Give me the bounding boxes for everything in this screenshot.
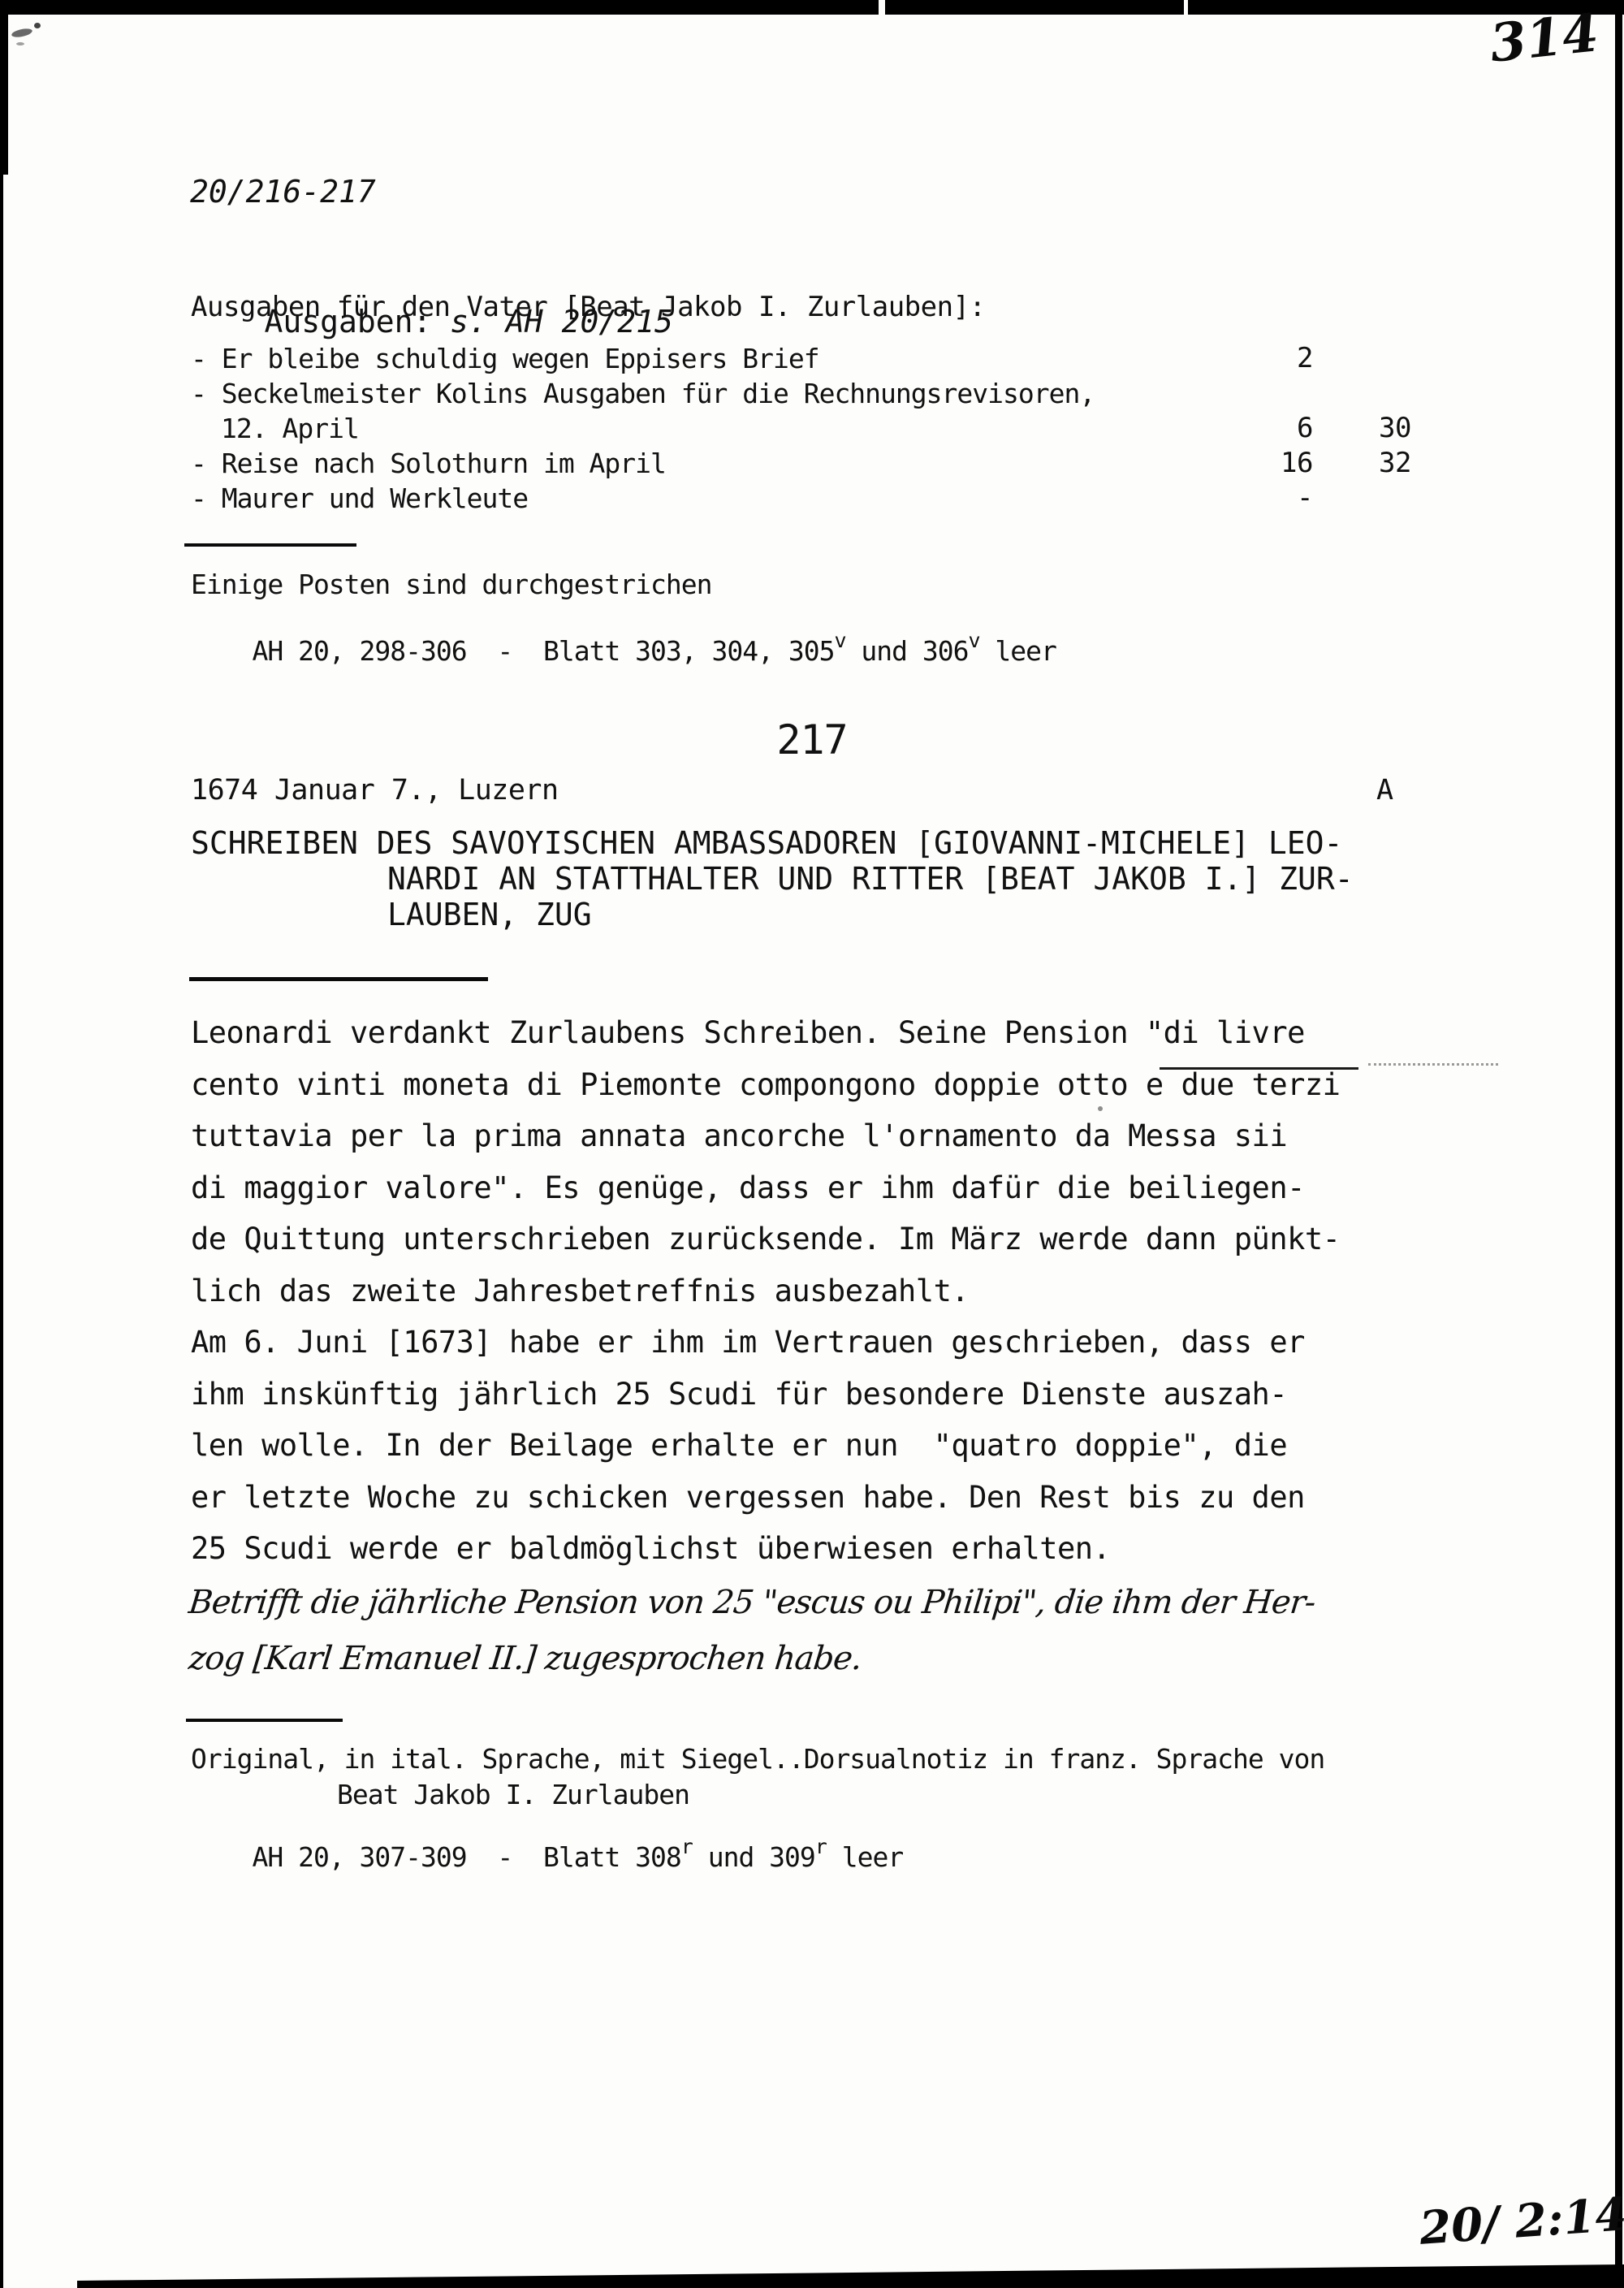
source-note-line: Beat Jakob I. Zurlauben	[337, 1779, 689, 1810]
archive-ref-text: AH 20, 298-306 - Blatt 303, 304, 305	[252, 635, 834, 667]
scanned-document-page: 314 20/216-217 Ausgaben: s. AH 20/215 Au…	[0, 0, 1624, 2288]
scan-smudge	[34, 23, 41, 28]
expense-amount-col1: 6	[1240, 412, 1313, 444]
scan-edge-bottom	[0, 2263, 1624, 2288]
expense-amount-col2: 30	[1338, 412, 1411, 444]
separator-rule	[189, 977, 488, 981]
entry-number: 217	[731, 716, 893, 763]
handwritten-folio-number: 314	[1487, 2, 1601, 75]
regest-summary-line: Betrifft die jährliche Pension von 25 "e…	[187, 1584, 1317, 1621]
scan-smudge	[11, 27, 32, 38]
archive-ref-text: und 306	[846, 635, 969, 667]
handwritten-shelfmark: 20/ 2:14	[1418, 2187, 1624, 2256]
archive-ref-text: und 309	[693, 1841, 815, 1873]
superscript-r: r	[681, 1835, 693, 1858]
entry-title-line: NARDI AN STATTHALTER UND RITTER [BEAT JA…	[387, 861, 1354, 897]
separator-rule	[186, 1719, 343, 1722]
expense-row-text: - Reise nach Solothurn im April	[191, 448, 666, 479]
superscript-v: v	[834, 629, 845, 652]
expense-amount-col2: 32	[1338, 447, 1411, 479]
superscript-v: v	[968, 629, 979, 652]
separator-rule	[184, 543, 356, 547]
archive-reference-216: AH 20, 298-306 - Blatt 303, 304, 305v un…	[191, 603, 1056, 699]
expense-row-text: 12. April	[221, 413, 359, 444]
scan-stray-dotted-line	[1368, 1063, 1498, 1066]
entry-date-line: 1674 Januar 7., Luzern	[191, 774, 559, 807]
entry-siglum: A	[1376, 774, 1393, 807]
archive-ref-text: leer	[980, 635, 1056, 667]
expense-amount-col1: 2	[1240, 342, 1313, 374]
note-durchgestrichen: Einige Posten sind durchgestrichen	[191, 569, 712, 600]
scan-edge-right	[1615, 0, 1622, 2288]
vater-heading-line: Ausgaben für den Vater [Beat Jakob I. Zu…	[191, 291, 986, 323]
scan-edge-top	[0, 0, 1624, 15]
entry-title-line: SCHREIBEN DES SAVOYISCHEN AMBASSADOREN […	[191, 825, 1342, 861]
archive-ref-text: AH 20, 307-309 - Blatt 308	[252, 1841, 680, 1873]
source-note-line: Original, in ital. Sprache, mit Siegel..…	[191, 1743, 1324, 1775]
scan-smudge	[1098, 1106, 1103, 1111]
superscript-r: r	[815, 1835, 827, 1858]
expense-row-text: - Er bleibe schuldig wegen Eppisers Brie…	[191, 343, 819, 374]
expense-amount-col1: 16	[1240, 447, 1313, 479]
entry-body-text: Leonardi verdankt Zurlaubens Schreiben. …	[191, 1007, 1409, 1575]
scan-edge-left-thin	[0, 175, 3, 2288]
archive-reference-217: AH 20, 307-309 - Blatt 308r und 309r lee…	[191, 1810, 903, 1905]
scan-edge-top-gap	[1184, 0, 1188, 15]
regest-summary-line: zog [Karl Emanuel II.] zugesprochen habe…	[187, 1640, 863, 1677]
expense-row-text: - Maurer und Werkleute	[191, 482, 528, 514]
scan-edge-left-thick	[0, 0, 8, 175]
scan-stray-line	[1160, 1067, 1358, 1070]
page-reference: 20/216-217	[190, 174, 376, 210]
expense-row-text: - Seckelmeister Kolins Ausgaben für die …	[191, 378, 1095, 409]
archive-ref-text: leer	[827, 1841, 903, 1873]
expense-amount-col1: -	[1240, 482, 1313, 514]
scan-edge-top-gap	[879, 0, 885, 15]
entry-title-line: LAUBEN, ZUG	[387, 897, 592, 932]
scan-smudge	[16, 42, 24, 45]
